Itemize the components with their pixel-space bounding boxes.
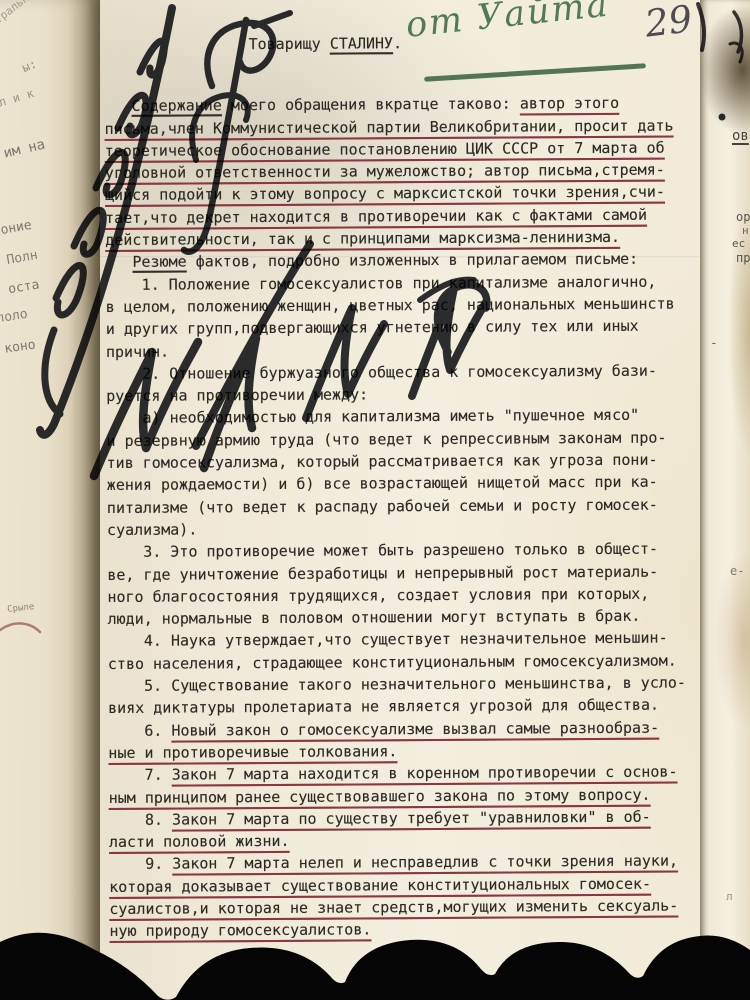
typed-line: и других групп,подвергающихся угнетению … [106, 315, 712, 341]
typed-line: 8. Закон 7 марта по существу требует "ур… [109, 805, 715, 831]
facing-page-text-fragment: тральн [0, 0, 31, 26]
typed-line: 4. Наука утверждает,что существует незна… [108, 627, 714, 653]
facing-page-edge: тральны:ол и ким наейониеу Полнбо оставо… [0, 0, 100, 1000]
sliver-page-text-fragment: ов [732, 128, 749, 144]
adjacent-page-sliver: оворнеспр-е-л [700, 0, 750, 1000]
facing-page-text-fragment: бо оста [0, 277, 40, 300]
typed-line: 9. Закон 7 марта нелеп и несправедлив с … [109, 850, 715, 876]
typed-line: 6. Новый закон о гомосексуализме вызвал … [108, 716, 714, 742]
sliver-page-text-fragment: н [742, 224, 749, 237]
facing-page-text-fragment: вополо [0, 307, 29, 329]
typed-line: тает,что декрет находится в противоречии… [105, 203, 711, 229]
typed-document: Товарищу СТАЛИНУ.Содержание моего обраще… [104, 30, 716, 942]
sliver-page-text-fragment: ес [732, 237, 745, 250]
typed-line: виях диктатуры пролетариата не является … [108, 694, 714, 720]
typed-line: 3. Это противоречие может быть разрешено… [107, 538, 713, 564]
torn-bottom-edge [0, 900, 750, 1000]
typed-line: 7. Закон 7 марта находится в коренном пр… [108, 760, 714, 786]
typed-line: Резюме фактов, подробно изложенных в при… [105, 248, 711, 274]
sliver-page-text-fragment: е- [730, 564, 744, 578]
page-number: 29 [643, 0, 695, 46]
facing-page-text-fragment: им на [2, 137, 47, 162]
typed-line: 2. Отношение буржуазного общества к гомо… [106, 359, 712, 385]
facing-page-text-fragment: ол и к [0, 86, 36, 111]
facing-page-text-fragment: . Срыле [0, 602, 35, 616]
archival-scan: тральны:ол и ким наейониеу Полнбо оставо… [0, 0, 750, 1000]
facing-page-text-fragment: ы: [20, 57, 39, 75]
typed-line: питализме (что ведет к распаду рабочей с… [107, 493, 713, 519]
facing-page-text-fragment: ейоние [0, 218, 33, 241]
sliver-page-text-fragment: ор [736, 210, 750, 224]
facing-page-text-fragment: - коно [0, 337, 37, 358]
typed-line: жения рождаемости) и б) все возрастающей… [107, 471, 713, 497]
facing-page-text-fragment: у Полн [0, 248, 39, 271]
sliver-page-text-fragment: - [710, 336, 718, 351]
sliver-page-text-fragment: пр [736, 251, 750, 265]
